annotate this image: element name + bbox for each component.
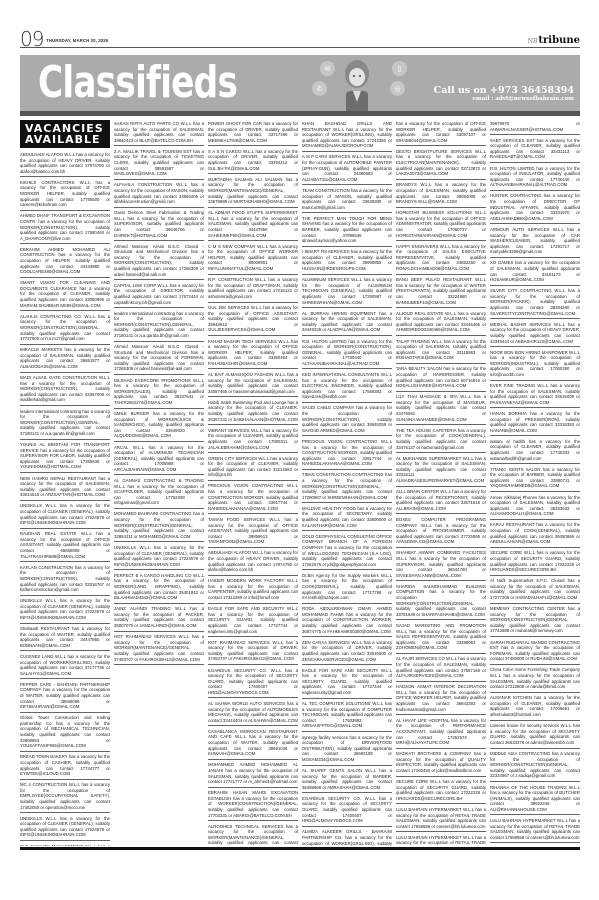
classified-ad: KIKHEJI CONTRACTORS W.L.L has a vacancy …	[20, 179, 110, 211]
classified-ad: MALDIVE HEALTHY FOOD has a vacancy for t…	[302, 505, 392, 531]
contact-info: Call us on +973 36458394 email : advt@ne…	[434, 85, 574, 102]
classified-ad: SABT SERVICES EST has a vacancy for the …	[490, 137, 580, 163]
classified-ad: THE TEA HOUSE CAFETERIA has a vacancy fo…	[396, 427, 486, 453]
classified-ad: PERFECT B A CARGO HANDLING CO W.L.L has …	[114, 572, 204, 604]
classified-ad: EGARDIUS SECURITY CO. W.L.L has a vacanc…	[208, 667, 298, 699]
classified-ad: RAJDHAN REAL ESTATE W.L.L has a vacancy …	[20, 530, 110, 562]
classified-ad: SILVER CITY CONTRACTING W.L.L has a vaca…	[490, 287, 580, 319]
classified-ad: S A S N CARGO W.L.L has a vacancy for th…	[208, 148, 298, 174]
classified-ad: HANAN BORNHA has a vacancy for the occup…	[490, 410, 580, 436]
classified-ad: ROT RAHMANIAD SERVICES W.L.L has a vacan…	[208, 639, 298, 665]
brand-mark-icon: NB	[528, 38, 538, 45]
classified-ad: XO GAMES has a vacancy for the occupatio…	[490, 259, 580, 285]
classified-ad: ALLL BRAIN CENTER W.L.L has a vacancy fo…	[396, 488, 486, 514]
classified-ad: Habib Saleh Swimming Pool and Lounge has…	[208, 399, 298, 425]
classified-ad: AL MUKHANDE SUPERMARKET W.L.L has a vaca…	[396, 455, 486, 487]
classified-ad: MESHAL BASHIR SERVICES W.L.L has a vacan…	[490, 321, 580, 347]
classified-ad: TAMAN FOOD SERVICES W.L.L has a vacancy …	[208, 516, 298, 548]
classified-ad: LILY THAI MASSAGE & SPA W.L.L has a vaca…	[396, 393, 486, 425]
ads-columns: VACANCIES AVAILABLE ABDULHADI ALAFOO W.L…	[20, 120, 580, 846]
classified-ad: EAGLE FOR SAFE AND SECURITY W.L.L has a …	[302, 667, 392, 699]
classified-ad: PEPPER CAFE - BAHRAINI PARTNERSHIP COMPA…	[20, 681, 110, 713]
classified-ad: Dr.Bei Agency for the Supply Workers W.L…	[302, 572, 392, 604]
classified-ad: ALFAHILA CONSTRUCTION W.L.L has a vacanc…	[114, 181, 204, 207]
classified-ad: EGARDIUS SECURITY CO. W.L.L has a vacanc…	[302, 795, 392, 827]
mobile-icon: ▯	[392, 61, 407, 76]
classified-ad: MEMEWY CONTRACTING CENTER has a vacancy …	[490, 605, 580, 637]
classified-ad: LULU BAHRAIN HYPERMARKET W.L.L has a vac…	[490, 817, 580, 843]
classified-ad: SMART VISION FOR CLEANING AND DOCUMENTS …	[20, 279, 110, 311]
classified-ad: GUL JEE SERVICES W.L.L has a vacancy for…	[208, 304, 298, 336]
classified-ad: POWER GHOST FOR CAR has a vacancy for th…	[208, 120, 298, 146]
classified-ad: UNISKILLS W.L.L has a vacancy for the oc…	[20, 815, 110, 841]
classified-ad: R.B. HILTON LIMITED has a vacancy for th…	[490, 165, 580, 191]
classified-ad: BANU BEEF PULAO RESTAURANT W.L.L has a v…	[396, 276, 486, 308]
classified-ad: Shahaadi RESTAURANT has a vacancy for th…	[20, 625, 110, 651]
classified-ad: R.B. HILTON LIMITED has a vacancy for th…	[302, 338, 392, 370]
column-2: SAKAN RIFFA AUTO PARTS CO W.L.L has a va…	[114, 120, 204, 846]
classified-ad: synergy facility services has a vacancy …	[302, 734, 392, 766]
classified-ad: CASABLANCA MOROCCAN RESTAURANT AND CAFE …	[208, 728, 298, 760]
classified-ad: LULU BAHRAIN HYPERMARKET W.L.L has a vac…	[396, 834, 486, 846]
classified-ad: ALUMINIUM SERVICES W.L.L has a vacancy f…	[302, 276, 392, 308]
classified-ad: C M S NEW COMPANY W.L.L has a vacancy fo…	[208, 243, 298, 275]
classified-ad: AHMED DHAIF TRANSPORT & EXCAVATION CONTR…	[20, 212, 110, 244]
classified-ad: DESTO BRIGHTFUTURE SERVICES W.L.L has a …	[396, 148, 486, 180]
classified-ad: ARCAL W.L.L has a vacancy for the occupa…	[114, 444, 204, 476]
classified-ad: SECURE CORE W.L.L has a vacancy for the …	[396, 778, 486, 804]
classified-ad: MIDDLE ASIA CONTRACTING has a vacancy fo…	[490, 750, 580, 782]
classified-ad: I SMART FM SERVICES has a vacancy for th…	[302, 248, 392, 274]
classified-ad: Ameer Alkhaleej Phones has a vacancy for…	[490, 494, 580, 520]
brand-name: tribune	[538, 35, 580, 46]
classified-ad: VIBRANT SERVICES W.L.L has a vacancy for…	[208, 427, 298, 453]
classified-ad: RIHANNA OF THE HOUSE TRADING W.L.L has a…	[490, 784, 580, 816]
classified-ad: BREAD TOWN BAKERY has a vacancy for the …	[20, 753, 110, 779]
classified-ad: AL BAIT ALMASHQOU FASHION W.L.L has a va…	[208, 371, 298, 397]
classified-ad: BABUL FURNITURE WORKSHOP BAHRAINI PARTNE…	[490, 845, 580, 846]
call-number: Call us on +973 36458394	[434, 85, 574, 96]
footer-rule	[20, 847, 580, 850]
classifieds-banner: Classifieds ✉ ✆ ▯ ◎ Call us on +973 3645…	[20, 55, 580, 116]
classified-ad: WADI ALSAIL GATE CONSTRUCTION W.L.L has …	[20, 374, 110, 406]
classified-ad: DILSHAD EVERCORE PROMOTIONS W.L.L has a …	[114, 377, 204, 409]
contact-email: email : advt@newsofbahrain.com	[434, 96, 574, 102]
classified-ad: R.P. CONSTRUCTION W.L.L has a vacancy fo…	[208, 276, 298, 302]
classified-ad: HADSON ASMAT INTERIOR DECORATION W.L.L h…	[396, 683, 486, 715]
classified-ad: ALAHLIA CONTRACTING CO. W.L.L has a vaca…	[20, 313, 110, 345]
classified-ad: GOLD GEOPHYSICAL CONSULTING OFFICE COMPA…	[302, 533, 392, 571]
column-6: 39879970 or AHMARALNASSER@HOTMAIL.COMSAB…	[490, 120, 580, 846]
classified-ad: CUISINES LAND W.L.L has a vacancy for th…	[20, 653, 110, 679]
page-number: 09	[20, 27, 43, 51]
classified-ad: Lamees house for security services W.L.L…	[490, 722, 580, 748]
classified-ad: Ahmed Mansoor AlAali B.S.C. Closed - Str…	[114, 343, 204, 375]
classified-ad: LULU BAHRAIN HYPERMARKET W.L.L has a vac…	[396, 806, 486, 832]
classified-ad: has a vacancy for the occupation of OFFI…	[396, 120, 486, 146]
classified-ad: SAJAD MARKETING AND PROMOTION W.L.L has …	[396, 622, 486, 654]
classified-ad: TARA BEAUTY SALON has a vacancy for the …	[396, 365, 486, 391]
classified-ad: FAHAD BASHIR TECH SERVICES W.L.L has a v…	[208, 338, 298, 370]
classified-ad: MC 4 CONSTRUCTION W.L.L has a vacancy fo…	[20, 781, 110, 813]
classified-ad: leaders international contracting has a …	[20, 408, 110, 440]
classified-ad: THE FACILITY MANAGEMENT W.L.L has a vaca…	[20, 843, 110, 846]
classified-ad: TIBAN CONSTRUCTION CONTRACTING has a vac…	[302, 471, 392, 503]
column-3: POWER GHOST FOR CAR has a vacancy for th…	[208, 120, 298, 846]
classified-ad: watani al hadith has a vacancy for the o…	[490, 438, 580, 464]
classified-ad: KAFLAN CONSTRUCTION has a vacancy for th…	[20, 564, 110, 596]
classified-ad: BRANDYS W.L.L has a vacancy for the occu…	[396, 181, 486, 207]
classified-ad: RODA ABDULREHMAN OMAR AHMED MOHAMMAD FAH…	[302, 605, 392, 637]
classified-ad: EVER FINE TRADING W.L.L has a vacancy fo…	[490, 382, 580, 408]
classified-ad: AL TEC COMPUTER SOLUTIONS W.L.L has a va…	[302, 700, 392, 732]
classified-ad: EBRAHIM HASAN MAHDI EXCAVATION ESTABLISH…	[208, 789, 298, 821]
classified-ad: SMILE BURGER has a vacancy for the occup…	[114, 410, 204, 442]
classified-ad: ALJOUD REAL ESTATE W.L.L has a vacancy f…	[396, 310, 486, 336]
classified-ad: Global Tower Construction and trading pa…	[20, 714, 110, 752]
classified-ad: TITANIC GENTS SALON has a vacancy for th…	[490, 466, 580, 492]
classified-ad: NOOR BON BON HIRING MANPOWER W.L.L has a…	[490, 349, 580, 381]
section-title: Classifieds	[38, 57, 237, 108]
classified-ad: AL BURRAN HIRING EQUIPMENT has a vacancy…	[302, 310, 392, 336]
classified-ad: SECURE CORE W.L.L has a vacancy for the …	[490, 549, 580, 575]
classified-ad: MADKATI BROTHERS & COMPANY has a vacancy…	[396, 750, 486, 776]
mascot-illustration	[338, 58, 376, 114]
classified-ad: AL GANNAS CONTRACTING & TRADING W.L.L ha…	[114, 477, 204, 509]
classified-ad: Ahmed Mansoor AlAali B.S.C. Closed - Str…	[114, 243, 204, 281]
classified-ad: MOHAMED BAHRAINI CONTRACTING has a vacan…	[114, 510, 204, 542]
classified-ad: YOUNIS AL BIMSTANI FOR TRANSPORT SERVICE…	[20, 441, 110, 473]
classified-ad: HAIDER MODERN WORK FACTORY W.L.L has a v…	[208, 577, 298, 603]
classified-ad: MURTADHA SALMAN ALI SALMAN has a vacancy…	[208, 176, 298, 208]
classified-ad: SHAHBAT ANWAR COMBINED FACILITIES W.L.L …	[396, 549, 486, 581]
classified-ad: ABDULHADI ALAFOO W.L.L has a vacancy for…	[208, 549, 298, 575]
newspaper-page: 09 THURSDAY, MARCH 20, 2025 NBtribune Cl…	[20, 0, 580, 48]
classified-ad: MIRACLE MARKETS has a vacancy for the oc…	[20, 346, 110, 372]
classified-ad: JAINZ ALHINDI TRADING W.L.L has a vacanc…	[114, 605, 204, 631]
classified-ad: AL SHARIF GENTS SALON W.L.L has a vacanc…	[302, 767, 392, 793]
classified-ad: HUNTER CONTRACTING has a vacancy for the…	[490, 192, 580, 224]
classified-ad: EBRAHIM AHMED MOHAMED ALI CONSTRUCTION h…	[20, 246, 110, 278]
classified-ad: BOXES COMPUTER PROGRAMING COMPANY W.L.L …	[396, 516, 486, 548]
brand-logo: NBtribune	[528, 35, 580, 46]
mail-icon: ✉	[320, 61, 335, 76]
classified-ad: KED INTERNATIONAL CONSULTANTS W.L.L has …	[302, 371, 392, 403]
column-1: VACANCIES AVAILABLE ABDULHADI ALAFOO W.L…	[20, 120, 110, 846]
classified-ad: SHARIDA SALMOHAMMAD BUILDING COMPLETION …	[396, 583, 486, 621]
classified-ad: SAKAN RIFFA AUTO PARTS CO W.L.L has a va…	[114, 120, 204, 146]
classified-ad: CAPITAL LINK CORP W.L.L has a vacancy fo…	[114, 282, 204, 308]
classified-ad: ABDULHADI ALAFOO W.L.L has a vacancy for…	[20, 151, 110, 177]
masthead: 09 THURSDAY, MARCH 20, 2025 NBtribune	[20, 0, 580, 48]
classified-ad: AL ADMAR FOOD STUFFS SUPERMARKET W.L.L h…	[208, 209, 298, 241]
classified-ad: PRECIOUS VISION CONTRACTING W.L.L has a …	[302, 438, 392, 470]
classified-ad: HOT RAHMANIAD SERVICES W.L.L has a vacan…	[114, 633, 204, 665]
classified-ad: AL SAHWA WORLD AUTO SERVICES has a vacan…	[208, 700, 298, 726]
classified-ad: KARAJ RESTAURANT has a vacancy for the o…	[490, 521, 580, 547]
classified-ad: ZEN CARAA SERVICES W.L.L has a vacancy f…	[302, 639, 392, 665]
banner-bottom-bar	[20, 111, 580, 116]
classified-ad: MOHAMMED AHMED MOHAMMED AL JANAHI has a …	[208, 761, 298, 787]
classified-ad: KHAN BAGHDAD GRILLS AND RESTAURANT W.L.L…	[302, 120, 392, 152]
classified-ad: AL HAYAT LIFE HOSPITAL has a vacancy for…	[396, 717, 486, 749]
globe-icon: ◎	[390, 81, 405, 96]
classified-ad: HAPPY ENGRAVERS W.L.L has a vacancy for …	[396, 243, 486, 275]
classified-ad: UNISKILLS W.L.L has a vacancy for the oc…	[20, 502, 110, 528]
classified-ad: A M P CARS SERVICES W.L.L has a vacancy …	[302, 153, 392, 185]
vacancies-heading: VACANCIES AVAILABLE	[20, 120, 110, 148]
classified-ad: PRECIOUS VISION CONTRACTING W.L.L has a …	[208, 482, 298, 514]
classified-ad: China Color Home Furnishing Trade Compan…	[490, 666, 580, 692]
issue-date: THURSDAY, MARCH 20, 2025	[46, 38, 108, 43]
classified-ad: ALMANAR KITCHEN has a vacancy for the oc…	[490, 694, 580, 720]
classified-ad: TALAP TRADING W.L.L has a vacancy for th…	[396, 338, 486, 364]
classified-ad: THE PERFECT MAN TOUCH FOR MENS SHAVING h…	[302, 215, 392, 247]
classified-ad: Al Hafli Supermarket S.P.C. Closed has a…	[490, 577, 580, 603]
classified-ad: ALROOHEJI TECHNICAL SERVICES has a vacan…	[208, 823, 298, 846]
classified-ad: NEW HAMRO NEPALI RESTAURANT has a vacanc…	[20, 475, 110, 501]
classified-ad: Z.A. MALLIK TRAVEL & TOURISM EST has a v…	[114, 148, 204, 180]
classified-ad: UNISKILLS W.L.L has a vacancy for the oc…	[20, 597, 110, 623]
classified-ad: SAUDI CABLE COMPANY has a vacancy for th…	[302, 404, 392, 436]
classified-ad: HOPESTAR BUSINESS SOLUTIONS W.L.L has a …	[396, 209, 486, 241]
classified-ad: ARMOUR AUTO SERVICES W.L.L has a vacancy…	[490, 226, 580, 258]
classified-ad: 39879970 or AHMARALNASSER@HOTMAIL.COM	[490, 120, 580, 135]
classified-ad: TEAM CONSTRUCTION has a vacancy for the …	[302, 187, 392, 213]
classified-ad: AL FAJIR SERVICES CO W.L.L has a vacancy…	[396, 655, 486, 681]
classified-ad: Oasis Delmon Steel Fabrication & Trading…	[114, 209, 204, 241]
classified-ad: EAGLE FOR SAFE AND SECURITY W.L.L has a …	[208, 605, 298, 637]
column-5: has a vacancy for the occupation of OFFI…	[396, 120, 486, 846]
classified-ad: ALMIDA ALKEEER GRILLS - BAHRAINI PARTNER…	[302, 828, 392, 846]
column-4: KHAN BAGHDAD GRILLS AND RESTAURANT W.L.L…	[302, 120, 392, 846]
phone-icon: ✆	[312, 81, 327, 96]
classified-ad: UNISKILLS W.L.L has a vacancy for the oc…	[114, 544, 204, 570]
classified-ad: SARAH RUDAINI AL WANDO CONTRACTING EST h…	[490, 639, 580, 665]
classified-ad: GREEN CITY SERVICES W.L.L has a vacancy …	[208, 455, 298, 481]
classified-ad: leaders international contracting has a …	[114, 310, 204, 342]
